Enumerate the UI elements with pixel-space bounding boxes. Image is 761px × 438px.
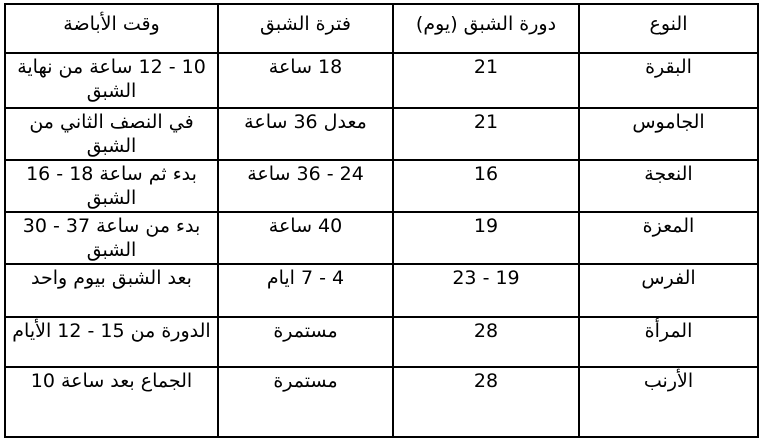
cell-ovulation: الأيام‎ 12 - 15 من‎ الدورة	[5, 317, 218, 367]
page: النوع دورة الشبق (يوم) فترة الشبق وقت ال…	[0, 0, 761, 436]
table-row-ewe: النعجة 16 24 - 36 ساعة 16 - 18 ساعة‎ ثم‎…	[5, 160, 758, 212]
column-header-species: النوع	[579, 4, 758, 53]
cell-species: المعزة	[579, 212, 758, 264]
cell-cycle: 19	[393, 212, 579, 264]
cell-ovulation: بعد الشبق بيوم واحد	[5, 264, 218, 317]
table-row-mare: الفرس 19 - 23 4 - 7 ايام بعد الشبق بيوم …	[5, 264, 758, 317]
cell-cycle: 28	[393, 317, 579, 367]
cell-period: 24 - 36 ساعة	[218, 160, 393, 212]
column-header-ovulation: وقت الأباضة	[5, 4, 218, 53]
cell-ovulation: 10 ساعة‎ بعد‎ الجماع	[5, 367, 218, 437]
cell-period: 40 ساعة	[218, 212, 393, 264]
cell-species: الجاموس	[579, 108, 758, 160]
cell-period: 4 - 7 ايام	[218, 264, 393, 317]
table-row-woman: المرأة 28 مستمرة الأيام‎ 12 - 15 من‎ الد…	[5, 317, 758, 367]
cell-period: 18 ساعة	[218, 53, 393, 108]
cell-species: النعجة	[579, 160, 758, 212]
cell-ovulation: في النصف الثاني من الشبق	[5, 108, 218, 160]
header-row: النوع دورة الشبق (يوم) فترة الشبق وقت ال…	[5, 4, 758, 53]
estrus-table: النوع دورة الشبق (يوم) فترة الشبق وقت ال…	[4, 3, 759, 438]
column-header-cycle: دورة الشبق (يوم)	[393, 4, 579, 53]
cell-ovulation: 30 - 37 ساعة‎ من‎ بدء‎ الشبق	[5, 212, 218, 264]
cell-cycle: 21	[393, 53, 579, 108]
cell-cycle: 16	[393, 160, 579, 212]
cell-cycle: 28	[393, 367, 579, 437]
cell-ovulation: 16 - 18 ساعة‎ ثم‎ بدء‎ الشبق	[5, 160, 218, 212]
table-row-rabbit: الأرنب 28 مستمرة 10 ساعة‎ بعد‎ الجماع	[5, 367, 758, 437]
cell-species: الأرنب	[579, 367, 758, 437]
cell-ovulation: 10 - 12 ساعة من نهاية الشبق	[5, 53, 218, 108]
cell-species: البقرة	[579, 53, 758, 108]
cell-period: معدل 36 ساعة	[218, 108, 393, 160]
cell-cycle: 21	[393, 108, 579, 160]
cell-cycle: 19 - 23	[393, 264, 579, 317]
cell-species: الفرس	[579, 264, 758, 317]
table-row-buffalo: الجاموس 21 معدل 36 ساعة في النصف الثاني …	[5, 108, 758, 160]
table-row-cow: البقرة 21 18 ساعة 10 - 12 ساعة من نهاية …	[5, 53, 758, 108]
cell-period: مستمرة	[218, 317, 393, 367]
cell-period: مستمرة	[218, 367, 393, 437]
table-row-goat: المعزة 19 40 ساعة 30 - 37 ساعة‎ من‎ بدء‎…	[5, 212, 758, 264]
cell-species: المرأة	[579, 317, 758, 367]
column-header-period: فترة الشبق	[218, 4, 393, 53]
